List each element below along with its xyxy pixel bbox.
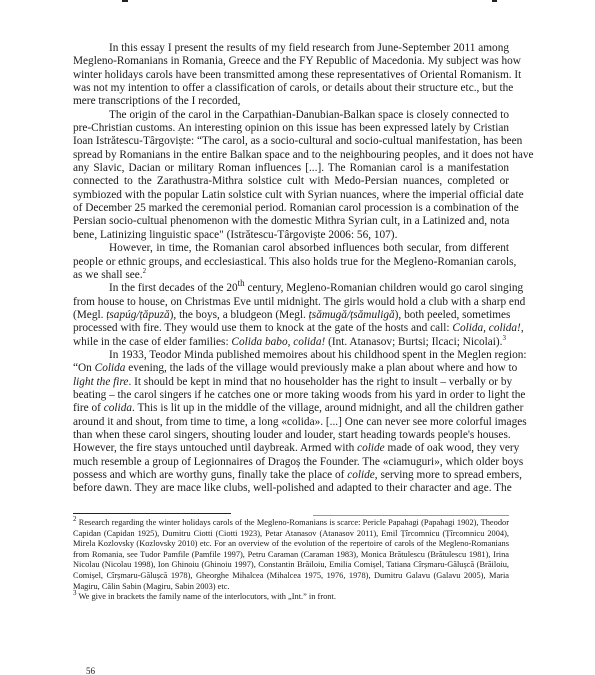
- text-segment: “On: [73, 362, 95, 374]
- text-segment: possess and which are worthy guns, final…: [73, 469, 347, 481]
- body-line: winter holidays carols have been transmi…: [73, 69, 509, 82]
- body-line: people or ethnic groups, and ecclesiasti…: [73, 256, 509, 269]
- body-line: possess and which are worthy guns, final…: [73, 469, 509, 482]
- italic-term: colida: [104, 402, 132, 414]
- line-text: However, in time, the Romanian carol abs…: [109, 242, 509, 254]
- line-text: from Romania, see Tudor Pamfile (Pamfile…: [73, 550, 509, 559]
- footnotes: 2 Research regarding the winter holidays…: [73, 518, 509, 603]
- body-line: pre-Christian customs. An interesting op…: [73, 122, 509, 135]
- footnote-reference[interactable]: 2: [143, 267, 147, 275]
- italic-term: colide: [347, 469, 375, 481]
- italic-term: țsapúg/țăpuză: [106, 309, 169, 321]
- line-text: In this essay I present the results of m…: [109, 42, 509, 54]
- line-text: Magiru, Călin Sabin (Magiru, Sabin 2003)…: [73, 582, 230, 591]
- line-text: as we shall see.: [73, 269, 143, 281]
- line-text: spread by Romanians in the entire Balkan…: [73, 149, 534, 161]
- body-line: “On Colida evening, the lads of the vill…: [73, 362, 509, 375]
- body-line: than when these carol singers, shouting …: [73, 429, 509, 442]
- line-text: than when these carol singers, shouting …: [73, 429, 511, 441]
- footnote-line: Mirela Kozlovsky (Kozlovsky 2010) etc. F…: [73, 539, 509, 550]
- line-text: before dawn. They are mace like clubs, w…: [73, 482, 512, 494]
- body-line: from house to house, on Christmas Eve un…: [73, 296, 509, 309]
- body-line: In the first decades of the 20th century…: [73, 282, 509, 295]
- italic-term: Colida babo, colida!: [231, 336, 325, 348]
- body-line: while in the case of elder families: Col…: [73, 336, 509, 349]
- text-segment: fire of: [73, 402, 104, 414]
- footnote-line: Comișel, Cîrșmaru-Gălușcă 1978), Gheorgh…: [73, 571, 509, 582]
- footnote-line: from Romania, see Tudor Pamfile (Pamfile…: [73, 550, 509, 561]
- body-line: Megleno-Romanians in Romania, Greece and…: [73, 55, 509, 68]
- text-segment: processed with fire. They would use them…: [73, 322, 452, 334]
- line-text: of December 25 marked the ceremonial per…: [73, 202, 519, 214]
- text-segment: . It should be kept in mind that no hous…: [128, 376, 512, 388]
- body-line: Ioan Istrătescu-Târgoviște: “The carol, …: [73, 135, 509, 148]
- body-line: beating – the carol singers if he catche…: [73, 389, 509, 402]
- line-text: connected to the Zarathustra-Mithra sols…: [73, 175, 509, 187]
- body-line: fire of colida. This is lit up in the mi…: [73, 402, 509, 415]
- text-segment: ), both peeled, sometimes: [395, 309, 511, 321]
- body-line: bene, Latinizing linguistic space" (Istr…: [73, 229, 509, 242]
- line-text: In 1933, Teodor Minda published memoires…: [109, 349, 527, 361]
- italic-term: light the fire: [73, 376, 128, 388]
- body-line: spread by Romanians in the entire Balkan…: [73, 149, 509, 162]
- italic-term: Colida: [95, 362, 126, 374]
- line-text: The origin of the carol in the Carpathia…: [109, 109, 509, 121]
- body-line: mere transcriptions of the I recorded,: [73, 95, 509, 108]
- line-text: Research regarding the winter holidays c…: [77, 518, 510, 527]
- line-text: Megleno-Romanians in Romania, Greece and…: [73, 55, 521, 67]
- line-text: We give in brackets the family name of t…: [77, 592, 336, 601]
- text-segment: made of oak wood, they very: [385, 442, 520, 454]
- footnote-separator-faint: [313, 515, 509, 516]
- text-segment: evening, the lads of the village would p…: [125, 362, 517, 374]
- line-text: pre-Christian customs. An interesting op…: [73, 122, 509, 134]
- line-text: century, Megleno-Romanian children would…: [245, 282, 523, 294]
- cropped-header-remnant: [0, 0, 595, 4]
- footnote-reference[interactable]: 3: [503, 334, 507, 342]
- body-line: around it and shout, from time to time, …: [73, 416, 509, 429]
- ordinal-superscript: th: [238, 278, 245, 288]
- body-line: light the fire. It should be kept in min…: [73, 376, 509, 389]
- italic-term: Colida, colida!: [452, 322, 520, 334]
- body-line: connected to the Zarathustra-Mithra sols…: [73, 175, 509, 188]
- footnote-line: Magiru, Călin Sabin (Magiru, Sabin 2003)…: [73, 582, 509, 593]
- body-text: In this essay I present the results of m…: [73, 42, 509, 496]
- body-line: (Megl. țsapúg/țăpuză), the boys, a bludg…: [73, 309, 509, 322]
- text-segment: ), the boys, a bludgeon (Megl.: [170, 309, 309, 321]
- body-line: any Slavic, Dacian or military Roman inf…: [73, 162, 509, 175]
- body-line: The origin of the carol in the Carpathia…: [73, 109, 509, 122]
- line-text: beating – the carol singers if he catche…: [73, 389, 525, 401]
- body-line: as we shall see.2: [73, 269, 509, 282]
- body-line: of December 25 marked the ceremonial per…: [73, 202, 509, 215]
- text-segment: , serving more to spread embers,: [375, 469, 522, 481]
- line-text: people or ethnic groups, and ecclesiasti…: [73, 256, 516, 268]
- text-segment: However, the fire stays untouched until …: [73, 442, 357, 454]
- line-text: Mirela Kozlovsky (Kozlovsky 2010) etc. F…: [73, 539, 509, 548]
- italic-term: colide: [357, 442, 385, 454]
- body-line: However, the fire stays untouched until …: [73, 442, 509, 455]
- text-segment: while in the case of elder families:: [73, 336, 231, 348]
- body-line: symbiozed with the popular Latin solstic…: [73, 189, 509, 202]
- body-line: However, in time, the Romanian carol abs…: [73, 242, 509, 255]
- line-text: symbiozed with the popular Latin solstic…: [73, 189, 524, 201]
- body-line: Persian socio-cultual phenomenon with th…: [73, 215, 509, 228]
- footnote-line: Nicolau (Nicolau 1998), Ion Ghinoiu (Ghi…: [73, 560, 509, 571]
- footnote-line: 2 Research regarding the winter holidays…: [73, 518, 509, 529]
- line-text: any Slavic, Dacian or military Roman inf…: [73, 162, 509, 174]
- line-text: Comișel, Cîrșmaru-Gălușcă 1978), Gheorgh…: [73, 571, 509, 580]
- line-text: Ioan Istrătescu-Târgoviște: “The carol, …: [73, 135, 522, 147]
- footnote-line: 3 We give in brackets the family name of…: [73, 592, 509, 603]
- line-text: from house to house, on Christmas Eve un…: [73, 296, 525, 308]
- text-segment: (Int. Atanasov; Burtsi; Ilcaci; Nicolai)…: [325, 336, 502, 348]
- line-text: Persian socio-cultual phenomenon with th…: [73, 215, 509, 227]
- text-segment: (Megl.: [73, 309, 106, 321]
- line-text: around it and shout, from time to time, …: [73, 416, 527, 428]
- line-text: mere transcriptions of the I recorded,: [73, 95, 241, 107]
- italic-term: țsămugă/țsămuligă: [309, 309, 395, 321]
- footnote-separator: [73, 513, 231, 514]
- line-text: Nicolau (Nicolau 1998), Ion Ghinoiu (Ghi…: [73, 560, 509, 569]
- body-line: In 1933, Teodor Minda published memoires…: [73, 349, 509, 362]
- document-page: In this essay I present the results of m…: [0, 0, 595, 675]
- body-line: before dawn. They are mace like clubs, w…: [73, 482, 509, 495]
- line-text: In the first decades of the 20: [109, 282, 238, 294]
- text-segment: . This is lit up in the middle of the vi…: [132, 402, 523, 414]
- line-text: bene, Latinizing linguistic space" (Istr…: [73, 229, 397, 241]
- body-line: processed with fire. They would use them…: [73, 322, 509, 335]
- text-segment: ,: [521, 322, 524, 334]
- line-text: much resemble a group of Legionnaires of…: [73, 456, 523, 468]
- body-line: was not my intention to offer a classifi…: [73, 82, 509, 95]
- line-text: winter holidays carols have been transmi…: [73, 69, 521, 81]
- line-text: was not my intention to offer a classifi…: [73, 82, 513, 94]
- page-number: 56: [86, 666, 95, 675]
- body-line: much resemble a group of Legionnaires of…: [73, 456, 509, 469]
- footnote-line: Capidan (Capidan 1925), Dumitru Ciotti (…: [73, 529, 509, 540]
- line-text: Capidan (Capidan 1925), Dumitru Ciotti (…: [73, 529, 509, 538]
- body-line: In this essay I present the results of m…: [73, 42, 509, 55]
